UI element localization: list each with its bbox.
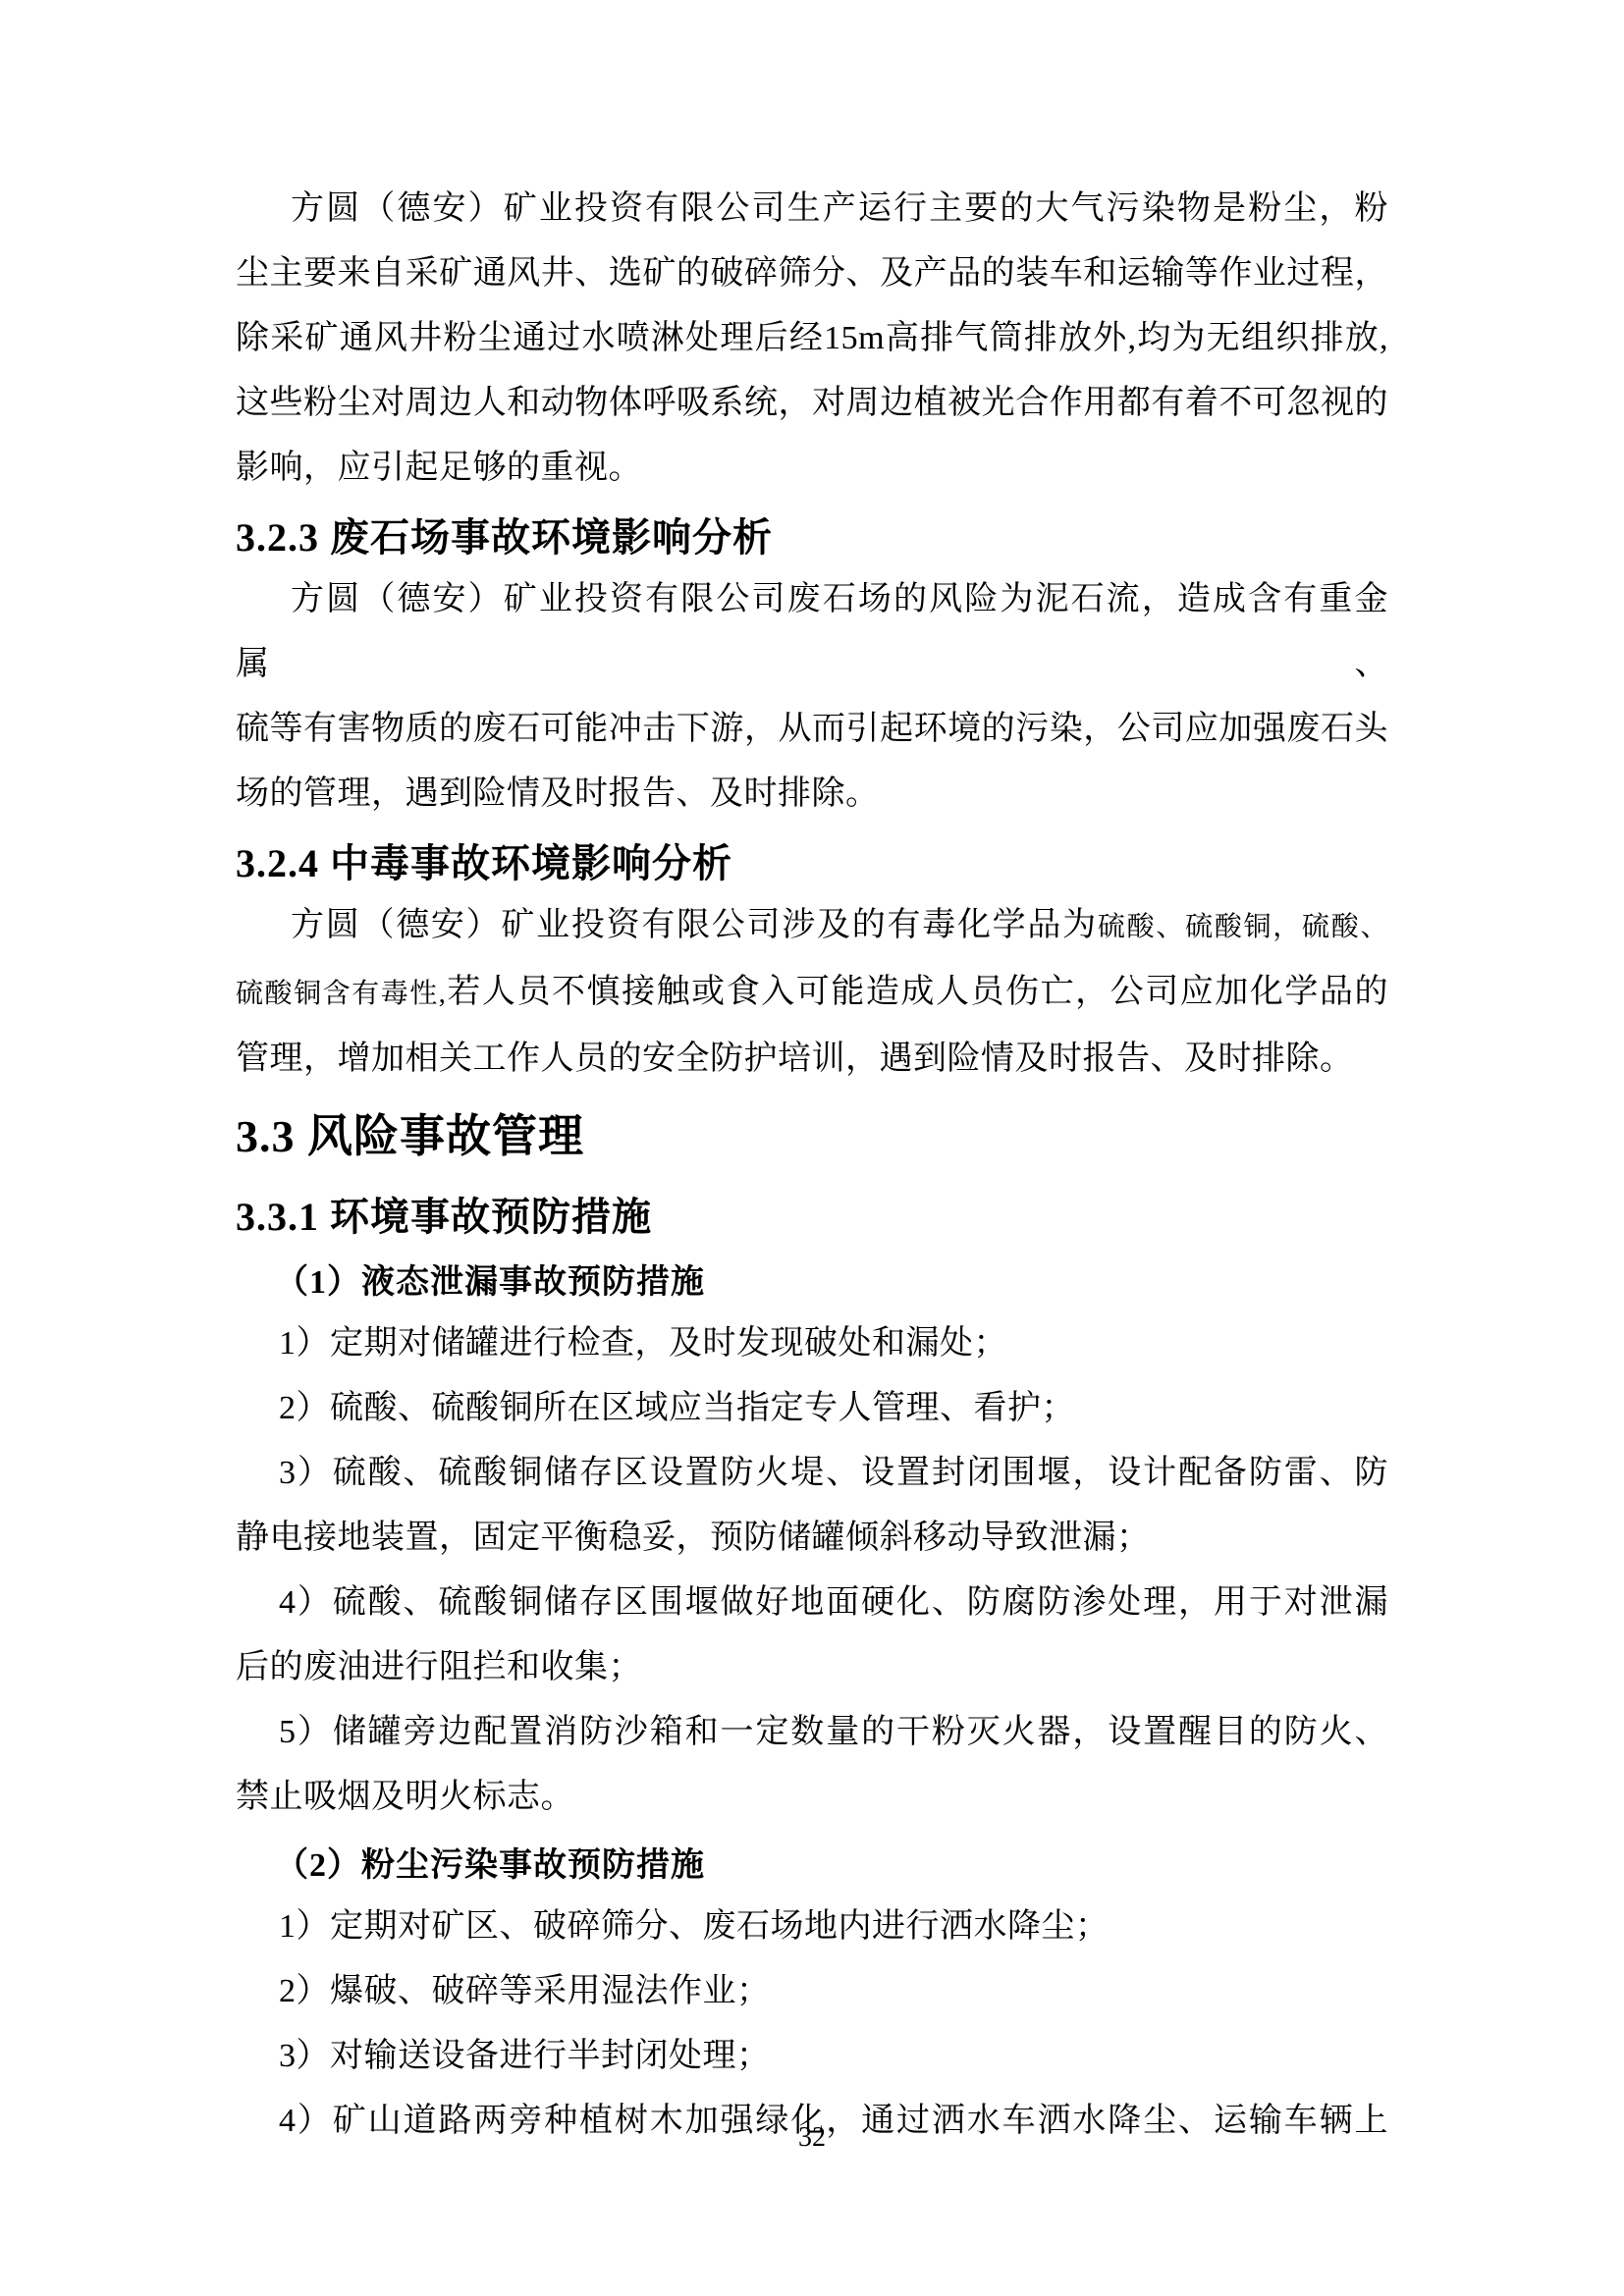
section-heading-3-2-3: 3.2.3 废石场事故环境影响分析 xyxy=(236,508,1388,567)
paragraph-line: 方圆（德安）矿业投资有限公司生产运行主要的大气污染物是粉尘，粉 xyxy=(236,177,1388,241)
paragraph-text: 若人员不慎接触或食入可能造成人员伤亡，公司应加化学品的 xyxy=(446,974,1388,1010)
list-item: 3）对输送设备进行半封闭处理； xyxy=(236,2024,1388,2089)
page-number: 32 xyxy=(0,2118,1624,2158)
paragraph-line: 硫等有害物质的废石可能冲击下游，从而引起环境的污染，公司应加强废石头 xyxy=(236,697,1388,762)
list-item: 2）硫酸、硫酸铜所在区域应当指定专人管理、看护； xyxy=(236,1376,1388,1441)
paragraph-line: 管理，增加相关工作人员的安全防护培训，遇到险情及时报告、及时排除。 xyxy=(236,1027,1388,1092)
list-item: 1）定期对储罐进行检查，及时发现破处和漏处； xyxy=(236,1311,1388,1376)
paragraph-line: 除采矿通风井粉尘通过水喷淋处理后经15m高排气筒排放外,均为无组织排放, xyxy=(236,306,1388,371)
list-item: 3）硫酸、硫酸铜储存区设置防火堤、设置封闭围堰，设计配备防雷、防 xyxy=(236,1441,1388,1506)
section-heading-3-3-1: 3.3.1 环境事故预防措施 xyxy=(236,1188,1388,1247)
paragraph-line: 方圆（德安）矿业投资有限公司废石场的风险为泥石流，造成含有重金属、 xyxy=(236,567,1388,697)
document-page: 方圆（德安）矿业投资有限公司生产运行主要的大气污染物是粉尘，粉 尘主要来自采矿通… xyxy=(0,0,1624,2296)
list-item: 4）硫酸、硫酸铜储存区围堰做好地面硬化、防腐防渗处理，用于对泄漏 xyxy=(236,1571,1388,1635)
list-item-continuation: 后的废油进行阻拦和收集； xyxy=(236,1635,1388,1700)
section-heading-3-3: 3.3 风险事故管理 xyxy=(236,1105,1388,1168)
paragraph-line: 这些粉尘对周边人和动物体呼吸系统，对周边植被光合作用都有着不可忽视的 xyxy=(236,371,1388,436)
list-item: 5）储罐旁边配置消防沙箱和一定数量的干粉灭火器，设置醒目的防火、 xyxy=(236,1700,1388,1765)
paragraph-text: 方圆（德安）矿业投资有限公司涉及的有毒化学品为 xyxy=(291,907,1098,943)
list-item-continuation: 禁止吸烟及明火标志。 xyxy=(236,1765,1388,1830)
subsection-heading-1: （1）液态泄漏事故预防措施 xyxy=(236,1255,1388,1311)
subsection-heading-2: （2）粉尘污染事故预防措施 xyxy=(236,1838,1388,1895)
paragraph-line: 方圆（德安）矿业投资有限公司涉及的有毒化学品为硫酸、硫酸铜，硫酸、 xyxy=(236,893,1388,960)
paragraph-text-small: 硫酸铜含有毒性, xyxy=(236,979,446,1009)
paragraph-line: 场的管理，遇到险情及时报告、及时排除。 xyxy=(236,762,1388,827)
list-item: 2）爆破、破碎等采用湿法作业； xyxy=(236,1959,1388,2024)
paragraph-line: 硫酸铜含有毒性,若人员不慎接触或食入可能造成人员伤亡，公司应加化学品的 xyxy=(236,960,1388,1027)
page-content: 方圆（德安）矿业投资有限公司生产运行主要的大气污染物是粉尘，粉 尘主要来自采矿通… xyxy=(236,177,1388,2154)
section-heading-3-2-4: 3.2.4 中毒事故环境影响分析 xyxy=(236,834,1388,893)
list-item-continuation: 静电接地装置，固定平衡稳妥，预防储罐倾斜移动导致泄漏； xyxy=(236,1506,1388,1571)
paragraph-text-small: 硫酸、硫酸铜，硫酸、 xyxy=(1098,912,1388,942)
list-item: 1）定期对矿区、破碎筛分、废石场地内进行洒水降尘； xyxy=(236,1895,1388,1959)
paragraph-line: 影响，应引起足够的重视。 xyxy=(236,436,1388,501)
paragraph-line: 尘主要来自采矿通风井、选矿的破碎筛分、及产品的装车和运输等作业过程， xyxy=(236,241,1388,306)
